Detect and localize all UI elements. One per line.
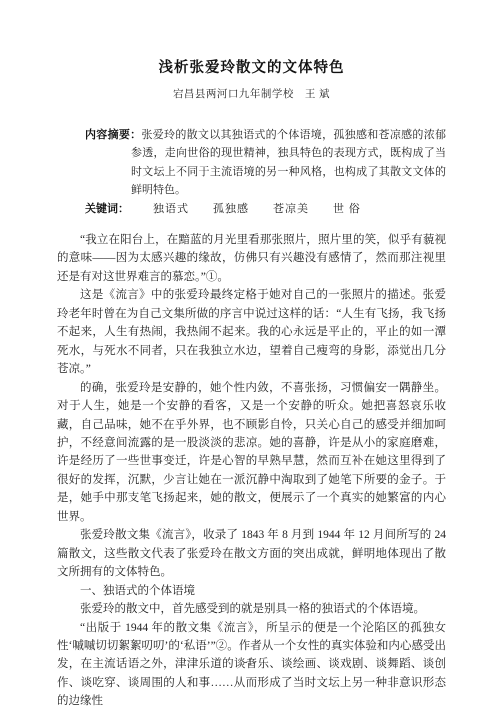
paragraph-quiet-character: 的确，张爱玲是安静的，她个性内敛，不喜张扬，习惯偏安一隅静坐。对于人生，她是一个… [57,379,446,527]
paragraph-section-intro: 张爱玲的散文中，首先感受到的就是别具一格的独语式的个体语境。 [57,600,446,618]
keyword-item: 孤独感 [213,203,249,215]
page-number: -1- [0,657,500,668]
section-heading-monologue-context: 一、独语式的个体语境 [57,582,446,600]
keyword-item: 世 俗 [333,203,361,215]
page-title: 浅析张爱玲散文的文体特色 [57,56,446,77]
paragraph-photo-quote: “我立在阳台上，在黯蓝的月光里看那张照片，照片里的笑，似乎有藐视的意味——因为太… [57,231,446,286]
abstract-text: 张爱玲的散文以其独语式的个体语境，孤独感和苍凉感的浓郁参透，走向世俗的现世精神，… [131,129,446,196]
paragraph-preface-quote: 这是《流言》中的张爱玲最终定格于她对自己的一张照片的描述。张爱玲老年时曾在为自己… [57,286,446,378]
body-text: “我立在阳台上，在黯蓝的月光里看那张照片，照片里的笑，似乎有藐视的意味——因为太… [57,231,446,708]
keywords-label: 关键词： [85,203,129,215]
paragraph-liuyan-collection: 张爱玲散文集《流言》，收录了 1843 年 8 月到 1944 年 12 月间所… [57,526,446,581]
abstract-label: 内容摘要： [85,129,141,141]
keyword-item: 苍凉美 [273,203,309,215]
document-page: 浅析张爱玲散文的文体特色 宕昌县两河口九年制学校 王 斌 内容摘要：张爱玲的散文… [0,0,500,708]
keywords-line: 关键词：独语式孤独感苍凉美世 俗 [57,200,446,218]
author-line: 宕昌县两河口九年制学校 王 斌 [57,86,446,101]
abstract-block: 内容摘要：张爱玲的散文以其独语式的个体语境，孤独感和苍凉感的浓郁参透，走向世俗的… [57,126,446,200]
keyword-item: 独语式 [153,203,189,215]
